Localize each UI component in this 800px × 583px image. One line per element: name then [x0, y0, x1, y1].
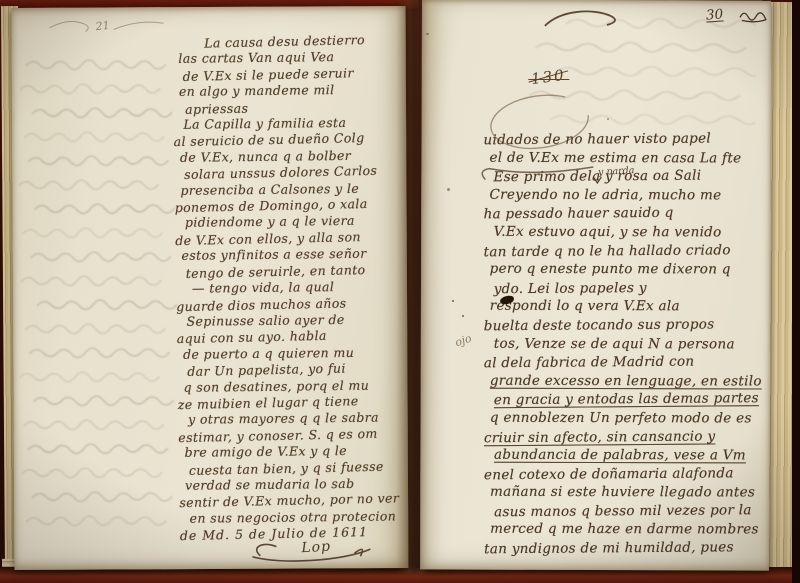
- ink-speck: [426, 33, 429, 35]
- manuscript-photo: 21 La causa desu destierrolas cartas Van…: [0, 0, 800, 583]
- ink-speck: [462, 315, 464, 317]
- manuscript-line: mañana si este huviere llegado antes: [490, 483, 771, 502]
- manuscript-line: asus manos q besso mil vezes por la: [494, 501, 771, 522]
- manuscript-line: V.Ex estuvo aqui, y se ha venido: [494, 223, 771, 242]
- pencil-scribble: [48, 13, 168, 40]
- bleedthrough-ghost-text: [18, 55, 196, 556]
- manuscript-line: pero q eneste punto me dixeron q: [490, 260, 771, 279]
- manuscript-line: tan tarde q no le ha hallado criado: [484, 241, 771, 262]
- manuscript-line: criuir sin afecto, sin cansancio y: [484, 426, 771, 447]
- manuscript-line: respondi lo q vera V.Ex ala: [490, 297, 771, 316]
- ink-speck: [452, 300, 454, 302]
- ink-flourish-top: [541, 6, 625, 34]
- manuscript-line: ha pessado hauer sauido q: [483, 203, 770, 224]
- interlinear-insertion: y parda: [598, 165, 635, 178]
- manuscript-line: abundancia de palabras, vese a Vm: [494, 446, 771, 465]
- manuscript-line: enel cotexo de doñamaria alafonda: [484, 464, 771, 485]
- letter-body-right: uidados de no hauer visto papelel de V.E…: [483, 130, 771, 558]
- ink-speck: [607, 118, 609, 120]
- manuscript-line: tan yndignos de mi humildad, pues: [484, 538, 771, 559]
- folio-number-ink: 30: [705, 6, 723, 23]
- letter-body-left: La causa desu destierrolas cartas Van aq…: [172, 32, 408, 544]
- manuscript-line: tos, Venze se de aqui N a persona: [494, 334, 771, 353]
- ink-scribble-beside-folio: [738, 8, 768, 22]
- manuscript-line: al dela fabrica de Madrid con: [484, 352, 771, 373]
- manuscript-line: merced q me haze en darme nombres: [490, 520, 771, 539]
- manuscript-line: buelta deste tocando sus propos: [484, 315, 771, 336]
- signature-rubric: Lop: [301, 539, 332, 557]
- left-page: 21 La causa desu destierrolas cartas Van…: [12, 6, 409, 570]
- manuscript-line: en gracia y entodas las demas partes: [494, 389, 771, 410]
- photo-edge-right: [792, 0, 800, 583]
- manuscript-line: uidados de no hauer visto papel: [483, 129, 771, 150]
- ink-speck: [447, 188, 450, 191]
- manuscript-line: q ennoblezen Un perfeto modo de es: [490, 409, 771, 428]
- manuscript-line: grande excesso en lenguage, en estilo: [490, 371, 771, 390]
- right-page: uidados de no hauer visto papelel de V.E…: [420, 0, 771, 571]
- manuscript-line: Creyendo no le adria, mucho me: [490, 186, 771, 205]
- manuscript-line: ydo. Lei los papeles y: [494, 278, 771, 299]
